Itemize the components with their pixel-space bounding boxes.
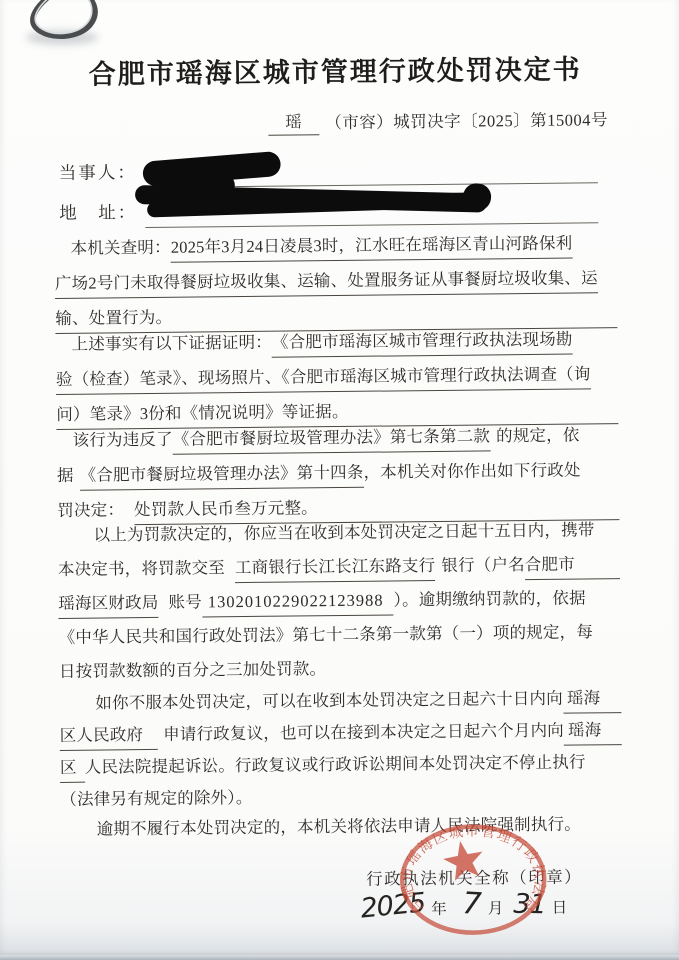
underlined-segment: 1302010229022123988	[202, 591, 394, 618]
handwritten-month: 7	[462, 886, 483, 922]
paragraph-enforcement: 逾期不履行本处罚决定的，本机关将依法申请人民法院强制执行。	[60, 807, 622, 845]
payment-line-1: 以上为罚款决定的，你应当在收到本处罚决定之日起十五日内，携带	[57, 511, 619, 551]
evidence-line-2: 验（检查）笔录》、现场照片、《合肥市瑶海区城市管理行政执法调查（询	[56, 354, 618, 395]
text-segment: 逾期不履行本处罚决定的，本机关将依法申请人民法院强制执行。	[97, 810, 582, 844]
payment-line-2: 本决定书，将罚款交至 工商银行长江长江东路支行 银行（户名 合肥市	[58, 545, 620, 585]
underlined-segment: 《合肥市餐厨垃圾管理办法》第十四条	[80, 459, 364, 491]
scanned-document-photo: 合肥市瑶海区城市管理行政处罚决定书 瑶 （市容）城罚决字〔2025〕第15004…	[0, 0, 679, 960]
text-segment: 以上为罚款决定的，你应当在收到本处罚决定之日起十五日内，携带	[93, 516, 594, 550]
evidence-line-1: 上述事实有以下证据证明： 《合肥市瑶海区城市管理行政执法现场勘	[55, 319, 617, 360]
address-label: 地 址：	[59, 199, 137, 229]
underlined-segment: 2025年3月24日凌晨3时，江水旺在瑶海区青山河路保利	[171, 230, 573, 263]
findings-line-1: 本机关查明： 2025年3月24日凌晨3时，江水旺在瑶海区青山河路保利	[54, 223, 616, 264]
paragraph-violation: 该行为违反了 《合肥市餐厨垃圾管理办法》第七条第二款 的规定，依 据 《合肥市餐…	[56, 415, 619, 526]
text-segment: 账号	[168, 588, 202, 617]
appeal-line-2: 区人民政府 申请行政复议，也可以在接到本决定之日起六个月内向 瑶海	[59, 713, 621, 751]
text-segment: ，本机关对你作出如下行政处	[363, 456, 580, 487]
text-segment: 申请行政复议，也可以在接到本决定之日起六个月内向	[163, 717, 564, 750]
text-segment: 人民法院提起诉讼。行政复议或行政诉讼期间本处罚决定不停止执行	[85, 748, 586, 782]
text-segment: 如你不服本处罚决定，可以在收到本处罚决定之日起六十日内向	[95, 685, 563, 719]
findings-line-2: 广场2号门未取得餐厨垃圾收集、运输、处置服务证从事餐厨垃圾收集、运	[55, 258, 617, 299]
paragraph-appeal: 如你不服本处罚决定，可以在收到本处罚决定之日起六十日内向 瑶海 区人民政府 申请…	[59, 681, 622, 815]
appeal-line-1: 如你不服本处罚决定，可以在收到本处罚决定之日起六十日内向 瑶海	[59, 681, 621, 719]
party-row: 当事人：	[59, 149, 598, 189]
underlined-segment: 瑶海区财政局	[58, 589, 158, 619]
document-page: 合肥市瑶海区城市管理行政处罚决定书 瑶 （市容）城罚决字〔2025〕第15004…	[0, 0, 679, 960]
underlined-segment: 广场2号门未取得餐厨垃圾收集、运输、处置服务证从事餐厨垃圾收集、运	[55, 265, 598, 299]
payment-line-3: 瑶海区财政局 账号 1302010229022123988 ）。逾期缴纳罚款的，…	[58, 579, 620, 619]
doc-number-blank: 瑶	[268, 108, 319, 136]
payment-line-4: 《中华人民共和国行政处罚法》第七十二条第一款第（一）项的规定，每	[58, 613, 620, 653]
text-segment: 银行（户名	[441, 551, 525, 581]
underlined-segment: 《合肥市餐厨垃圾管理办法》第七条第二款	[173, 423, 491, 455]
binder-clip-icon	[8, 0, 128, 60]
month-unit: 月	[488, 896, 504, 918]
underlined-segment: 工商银行长江长江东路支行	[235, 552, 436, 583]
enforcement-line: 逾期不履行本处罚决定的，本机关将依法申请人民法院强制执行。	[60, 807, 622, 845]
paragraph-findings: 本机关查明： 2025年3月24日凌晨3时，江水旺在瑶海区青山河路保利 广场2号…	[54, 223, 617, 334]
photo-bottom-edge	[0, 955, 679, 960]
party-label: 当事人：	[59, 159, 137, 189]
appeal-line-3: 区 人民法院提起诉讼。行政复议或行政诉讼期间本处罚决定不停止执行	[60, 745, 622, 783]
doc-number: 瑶 （市容）城罚决字〔2025〕第15004号	[268, 105, 608, 136]
paragraph-evidence: 上述事实有以下证据证明： 《合肥市瑶海区城市管理行政执法现场勘 验（检查）笔录》…	[55, 319, 618, 430]
violation-line-1: 该行为违反了 《合肥市餐厨垃圾管理办法》第七条第二款 的规定，依	[56, 415, 618, 456]
handwritten-year: 2025	[359, 887, 426, 924]
underlined-segment: 合肥市	[525, 550, 620, 580]
year-unit: 年	[431, 897, 447, 919]
paragraph-payment: 以上为罚款决定的，你应当在收到本处罚决定之日起十五日内，携带 本决定书，将罚款交…	[57, 511, 621, 687]
text-segment: 该行为违反了	[72, 426, 173, 456]
text-segment: 日按罚款数额的百分之三加处罚款。	[59, 655, 326, 687]
handwritten-day: 31	[513, 889, 546, 921]
text-segment: ）。逾期缴纳罚款的，依据	[393, 584, 585, 615]
text-segment: 《中华人民共和国行政处罚法》第七十二条第一款第（一）项的规定，每	[58, 618, 593, 653]
text-segment: 本决定书，将罚款交至	[58, 554, 225, 585]
decision-date: 2025 年 7 月 31 日	[360, 886, 567, 923]
violation-line-2: 据 《合肥市餐厨垃圾管理办法》第十四条 ，本机关对你作出如下行政处	[57, 450, 619, 491]
underlined-segment: 瑶海	[564, 716, 622, 745]
day-unit: 日	[552, 896, 568, 918]
text-segment: 据	[57, 462, 74, 491]
text-segment: 上述事实有以下证据证明：	[71, 329, 272, 360]
doc-number-text: （市容）城罚决字〔2025〕第15004号	[325, 106, 608, 135]
underlined-segment: 验（检查）笔录》、现场照片、《合肥市瑶海区城市管理行政执法调查（询	[56, 361, 591, 395]
underlined-segment: 《合肥市瑶海区城市管理行政执法现场勘	[272, 326, 573, 358]
underlined-segment: 瑶海	[563, 684, 622, 713]
underlined-segment: 区	[60, 754, 85, 783]
text-segment: 的规定，依	[496, 421, 580, 451]
text-segment: 本机关查明：	[70, 234, 171, 264]
underlined-segment: 区人民政府	[60, 721, 158, 751]
